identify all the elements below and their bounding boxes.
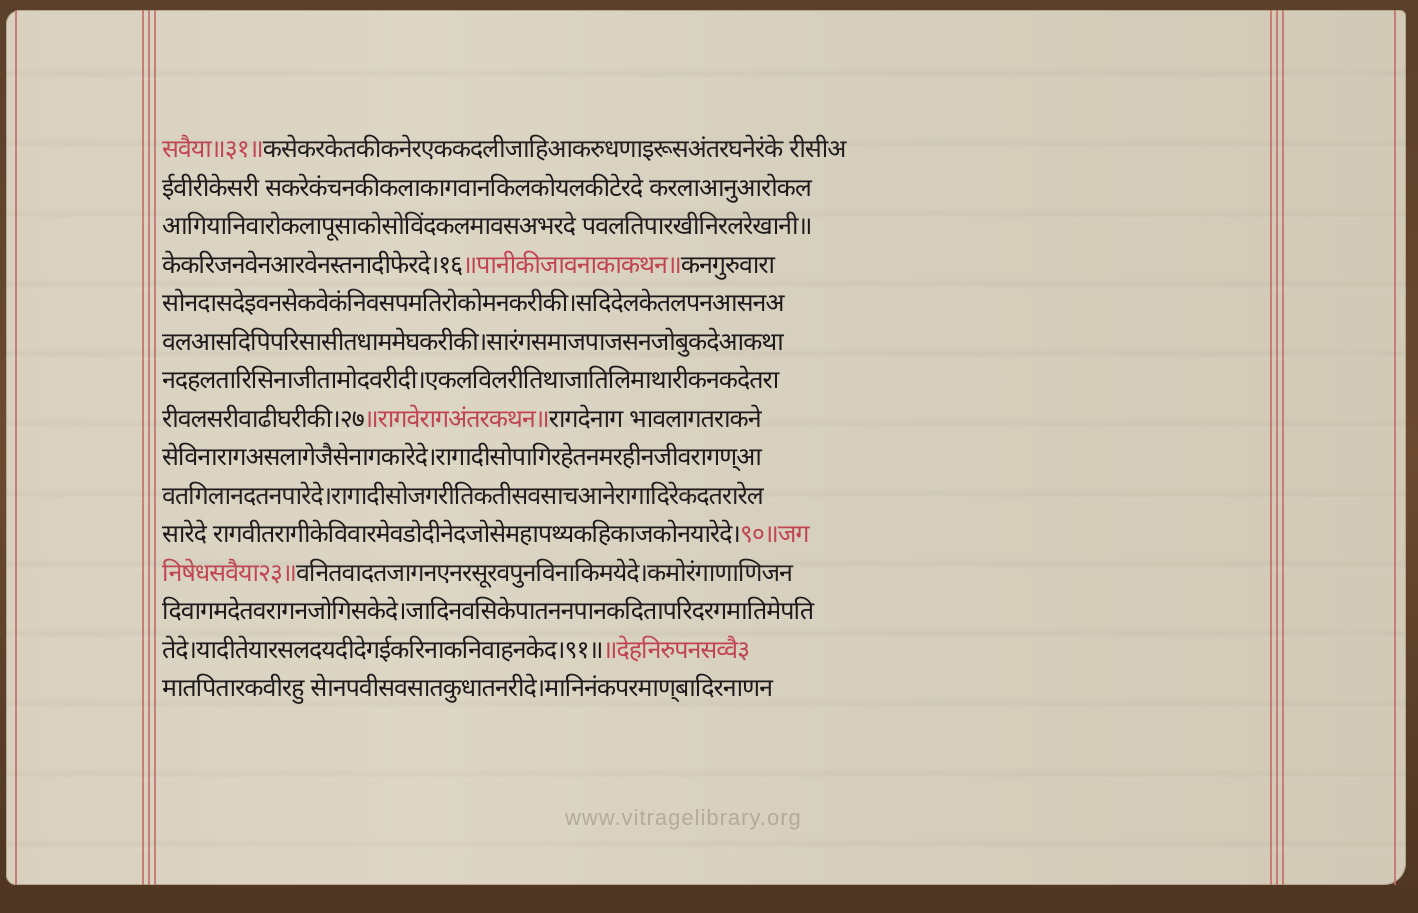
left-margin-rule-3 <box>154 10 156 885</box>
body-text: केकरिजनवेनआरवेनस्तनादीफेरदे।१६ <box>162 250 462 279</box>
rubric-text: ॥पानीकीजावनाकाकथन॥ <box>462 250 681 279</box>
manuscript-line: वतगिलानदतनपारेदे।रागादीसोजगरीतिकतीसवसाचआ… <box>162 477 1272 516</box>
manuscript-line: निषेधसवैया२३॥वनितवादतजागनएनरसूरवपुनविनाक… <box>162 554 1272 593</box>
body-text: दिवागमदेतवरागनजोगिसकेदे।जादिनवसिकेपातननप… <box>162 596 813 625</box>
body-text: रागदेनाग भावलागतराकने <box>549 404 761 433</box>
left-margin-rule-2 <box>148 10 150 885</box>
body-text: नदहलतारिसिनाजीतामोदवरीदी।एकलविलरीतिथाजात… <box>162 365 778 394</box>
body-text: सेविनारागअसलागेजैसेनागकारेदे।रागादीसोपाग… <box>162 442 761 471</box>
right-margin-rule-2 <box>1276 10 1278 885</box>
manuscript-line: सोनदासदेइवनसेकवेकंनिवसपमतिरोकोमनकरीकी।सद… <box>162 284 1272 323</box>
body-text: कसेकरकेतकीकनेरएककदलीजाहिआकरुधणाइरूसअंतरघ… <box>263 134 846 163</box>
rubric-text: निषेधसवैया२३॥ <box>162 558 296 587</box>
manuscript-line: नदहलतारिसिनाजीतामोदवरीदी।एकलविलरीतिथाजात… <box>162 361 1272 400</box>
body-text: आगियानिवारोकलापूसाकोसोविंदकलमावसअभरदे पव… <box>162 211 812 240</box>
manuscript-folio: सवैया॥३१॥कसेकरकेतकीकनेरएककदलीजाहिआकरुधणा… <box>6 10 1406 885</box>
body-text: सोनदासदेइवनसेकवेकंनिवसपमतिरोकोमनकरीकी।सद… <box>162 288 783 317</box>
manuscript-line: वलआसदिपिपरिसासीतधाममेघकरीकी।सारंगसमाजपाज… <box>162 323 1272 362</box>
body-text: वलआसदिपिपरिसासीतधाममेघकरीकी।सारंगसमाजपाज… <box>162 327 783 356</box>
left-margin-rule-1 <box>142 10 144 885</box>
manuscript-line: दिवागमदेतवरागनजोगिसकेदे।जादिनवसिकेपातननप… <box>162 592 1272 631</box>
manuscript-line: सेविनारागअसलागेजैसेनागकारेदे।रागादीसोपाग… <box>162 438 1272 477</box>
manuscript-line: तेदे।यादीतेयारसलदयदीदेगईकरिनाकनिवाहनकेद।… <box>162 631 1272 670</box>
manuscript-line: सारेदे रागवीतरागीकेविवारमेवडोदीनेदजोसेमह… <box>162 515 1272 554</box>
watermark: www.vitragelibrary.org <box>565 805 802 831</box>
outer-left-margin-rule <box>15 10 17 885</box>
manuscript-line: रीवलसरीवाढीघरीकी।२७॥रागवेरागअंतरकथन॥रागद… <box>162 400 1272 439</box>
manuscript-line: आगियानिवारोकलापूसाकोसोविंदकलमावसअभरदे पव… <box>162 207 1272 246</box>
manuscript-text: सवैया॥३१॥कसेकरकेतकीकनेरएककदलीजाहिआकरुधणा… <box>162 130 1272 708</box>
body-text: सारेदे रागवीतरागीकेविवारमेवडोदीनेदजोसेमह… <box>162 519 740 548</box>
rubric-text: ९०॥जग <box>740 519 809 548</box>
rubric-text: सवैया॥३१॥ <box>162 134 263 163</box>
rubric-text: ॥देहनिरुपनसव्वै३ <box>602 635 749 664</box>
manuscript-line: सवैया॥३१॥कसेकरकेतकीकनेरएककदलीजाहिआकरुधणा… <box>162 130 1272 169</box>
body-text: रीवलसरीवाढीघरीकी।२७ <box>162 404 364 433</box>
rubric-text: ॥रागवेरागअंतरकथन॥ <box>364 404 549 433</box>
body-text: तेदे।यादीतेयारसलदयदीदेगईकरिनाकनिवाहनकेद।… <box>162 635 602 664</box>
body-text: कनगुरुवारा <box>681 250 774 279</box>
body-text: वतगिलानदतनपारेदे।रागादीसोजगरीतिकतीसवसाचआ… <box>162 481 763 510</box>
manuscript-line: ईवीरीकेसरी सकरेकंचनकीकलाकागवानकिलकोयलकीट… <box>162 169 1272 208</box>
manuscript-line: मातपितारकवीरहु सेानपवीसवसातकुधातनरीदे।मा… <box>162 669 1272 708</box>
manuscript-line: केकरिजनवेनआरवेनस्तनादीफेरदे।१६॥पानीकीजाव… <box>162 246 1272 285</box>
outer-right-margin-rule <box>1394 10 1396 885</box>
body-text: ईवीरीकेसरी सकरेकंचनकीकलाकागवानकिलकोयलकीट… <box>162 173 811 202</box>
body-text: मातपितारकवीरहु सेानपवीसवसातकुधातनरीदे।मा… <box>162 673 772 702</box>
right-margin-rule-3 <box>1282 10 1284 885</box>
body-text: वनितवादतजागनएनरसूरवपुनविनाकिमयेदे।कमोरंग… <box>296 558 792 587</box>
